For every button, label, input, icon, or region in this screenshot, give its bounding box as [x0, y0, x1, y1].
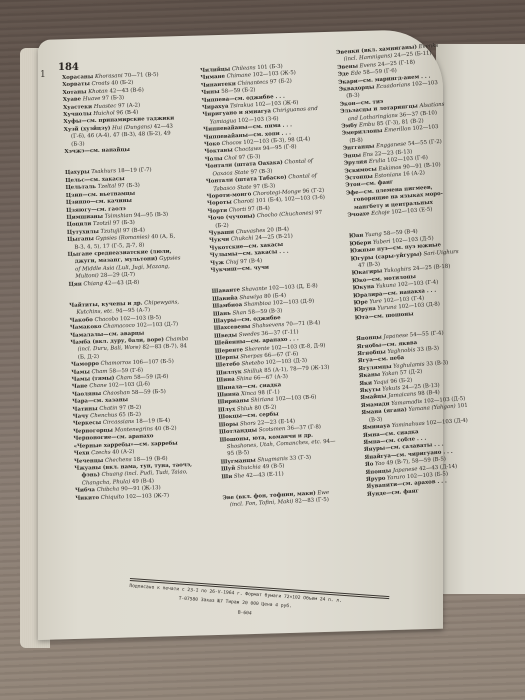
entry-latin-term: Chenchus — [90, 412, 117, 419]
entry-map-reference: 102—103 (Ж-7) — [126, 492, 169, 499]
entry-term: Чины — [201, 89, 220, 96]
entry-map-reference: 24—25 (Б-11) — [394, 51, 432, 60]
entry-map-reference: 94—95 (В-3) — [134, 212, 168, 219]
entry-latin-term: Yaqui — [373, 379, 388, 386]
entry-term: Чаоляны — [72, 391, 101, 398]
entry-map-reference: 82—83 (Г-5) — [295, 497, 329, 505]
entry-map-reference: 97 (В-4) — [248, 205, 270, 212]
entry-latin-term: Shina — [236, 376, 252, 383]
entry-term: Хучнолы — [63, 111, 92, 118]
entry-latin-term: Huichol — [93, 110, 115, 117]
entry-map-reference: 94—95 (Г-8) — [263, 145, 297, 153]
entry-latin-term: Shluh — [237, 406, 253, 413]
index-column-1: Хорасаны Khorasani 70—71 (В-5)Хорваты Cr… — [62, 71, 193, 502]
entry-latin-term: Tsirakua — [230, 102, 254, 109]
entry-map-reference: 90—91 (В-10) — [403, 161, 441, 170]
entry-latin-term: Ecuadorians — [376, 82, 410, 90]
entry-term: Хорасаны — [62, 74, 93, 81]
entry-map-reference: 70—71 (В-5) — [124, 72, 158, 79]
entry-latin-term: Yao — [375, 461, 385, 468]
entry-term: Чане — [72, 384, 88, 390]
entry-map-reference: 18—19 (В-6) — [133, 455, 167, 462]
entry-map-reference: 58—59 (В-3) — [248, 308, 283, 316]
entry-latin-term: Chacobo — [94, 316, 118, 323]
entry-latin-term: Khorasani — [95, 73, 123, 80]
entry-term: Цутухилы — [67, 229, 99, 236]
entry-latin-term: Tsimshian — [105, 213, 133, 220]
entry-latin-term: Yure — [369, 298, 382, 305]
entry-latin-term: Tzotzil — [93, 221, 111, 228]
entry-latin-term: Japanese — [393, 466, 418, 474]
entry-latin-term: Shavante — [242, 286, 268, 293]
entry-latin-term: Embu — [359, 122, 375, 129]
entry-latin-term: Eskimos — [378, 164, 401, 172]
entry-map-reference: 97 (Б-3) — [253, 183, 275, 190]
entry-latin-term: Emerillon — [384, 126, 411, 134]
entry-term: Чамы — [71, 369, 90, 376]
entry-map-reference: 106—107 (Б-5) — [133, 359, 174, 366]
entry-map-reference: 97 (Б-2) — [270, 78, 292, 85]
entry-term: Чукчи — [209, 237, 230, 244]
entry-latin-term: Chinantecs — [237, 79, 268, 87]
entry-term: Цоцили — [67, 221, 92, 228]
entry-term: Хотаны — [62, 89, 86, 96]
entry-latin-term: Cham — [116, 375, 132, 381]
entry-latin-term: Ens — [363, 151, 374, 158]
entry-term: Шеренте — [215, 347, 243, 354]
entry-latin-term: Chiquito — [101, 494, 125, 501]
entry-map-reference: 97 (В-2) — [119, 404, 141, 411]
entry-map-reference: 102—103 (Д-6) — [108, 382, 150, 389]
entry-latin-term: Chamacoco — [103, 323, 135, 330]
entry-map-reference: 42—43 (Д-14) — [419, 463, 457, 472]
entry-latin-term: Estonians — [374, 172, 401, 180]
entry-term: Чочо (чучоны) — [208, 213, 256, 221]
entry-map-reference: 97 (В-3) — [250, 168, 272, 175]
entry-map-reference: 94—95 (А-7) — [116, 308, 151, 315]
entry-map-reference: 36—37 (В-10) — [399, 110, 437, 119]
entry-map-reference: 97 (Б-3) — [118, 183, 140, 190]
entry-term: Эрулия — [344, 159, 368, 167]
entry-latin-term: Shetebo — [241, 361, 264, 368]
entry-term: Юбери — [349, 240, 371, 248]
index-column-2: Чилийцы Chileans 101 (Б-3)Чимане Chimane… — [200, 62, 345, 511]
entry-term: Чаморро — [71, 361, 99, 368]
entry-term: Черногорцы — [73, 427, 113, 434]
entry-map-reference: 40 (А-2) — [112, 449, 134, 456]
entry-latin-term: Chane — [89, 383, 107, 390]
entry-latin-term: Tzeltal — [98, 184, 117, 191]
entry-term: Хуэй (хуэйцзу) — [64, 125, 111, 132]
entry-term: Эмбу — [341, 123, 357, 130]
entry-latin-term: Yukuna — [376, 283, 396, 290]
entry-map-reference: 49 (В-5) — [262, 463, 284, 470]
entry-map-reference: 58—59 (Б-2) — [221, 87, 256, 95]
entry-map-reference: 102—103 (Д, Е-8) — [269, 284, 318, 293]
entry-latin-term: Yaruro — [387, 474, 406, 481]
entry-term: Энцы — [343, 152, 361, 159]
entry-term: Яки — [359, 380, 372, 387]
entry-term: Эде — [338, 71, 350, 78]
entry-latin-term: Circassians — [103, 419, 135, 426]
entry-map-reference: 102—103 (Д-4) — [426, 418, 468, 427]
entry-term: Чороты — [207, 200, 232, 207]
entry-term: Яо — [365, 462, 374, 469]
entry-map-reference: 96 (Г-2) — [302, 188, 324, 195]
entry-map-reference: 24—25 (В-18) — [413, 264, 451, 273]
entry-term: Юре — [354, 299, 369, 306]
entry-term: Чолы — [205, 156, 223, 163]
entry-latin-term: Scotsmen — [259, 426, 286, 433]
previous-page-number: 1 — [40, 70, 46, 80]
entry-map-reference: 90—91 (Ж-13) — [121, 485, 161, 492]
entry-term: Чоктавы — [204, 148, 233, 155]
entry-latin-term: Shambioa — [244, 301, 271, 308]
entry-term: Шина — [216, 377, 235, 384]
entry-map-reference: 97 (Б-3) — [238, 154, 260, 161]
entry-term: Шавийа — [212, 295, 238, 302]
entry-term: Шиллук — [216, 369, 242, 376]
entry-latin-term: Khotan — [88, 88, 108, 95]
entry-map-reference: 40 (В-2) — [154, 425, 176, 432]
entry-term: Юкуна — [352, 284, 374, 292]
entry-term: Чибча — [75, 487, 95, 494]
entry-term: Чехи — [74, 450, 90, 456]
entry-term: Чеченцы — [74, 457, 103, 464]
entry-term: Шетебо — [215, 362, 240, 369]
entry-latin-term: Evens — [360, 62, 377, 69]
entry-term: Шведы — [214, 332, 237, 339]
entry-map-reference: 65 (Б-2) — [119, 412, 141, 419]
entry-map-reference: 33 (Г-3) — [289, 454, 311, 461]
entry-term: Цян — [68, 281, 81, 287]
entry-map-reference: 24—25 (Г-18) — [378, 59, 416, 68]
entry-map-reference: 42—43 (Е-11) — [246, 471, 284, 479]
entry-latin-term: Chamorros — [101, 360, 132, 367]
page-number: 184 — [58, 62, 79, 73]
entry-map-reference: 102—103 (В-6) — [275, 395, 316, 403]
entry-map-reference: 97 (Б-3) — [113, 220, 135, 227]
entry-term: Чорти — [207, 207, 227, 214]
entry-map-reference: 54—55 (Г-2) — [408, 139, 442, 147]
entry-term: Цахуры — [65, 170, 90, 177]
entry-term: Цыгане среднеазиатские (люли, джуги, маз… — [68, 249, 172, 265]
entry-term: Чуж — [210, 260, 224, 267]
entry-term: Шуй — [221, 466, 236, 473]
entry-latin-term: Yaghnobis — [387, 347, 415, 355]
entry-map-reference: 28—29 (Д-7) — [100, 272, 135, 279]
entry-latin-term: Choctaws — [234, 146, 261, 153]
entry-latin-term: Chiang — [83, 280, 103, 287]
entry-map-reference: 58—59 (Б-5) — [132, 389, 166, 396]
entry-map-reference: 66—67 (А-3) — [253, 374, 288, 382]
entry-term: Эвены — [337, 63, 358, 70]
entry-latin-term: Ede — [351, 71, 362, 78]
entry-latin-term: She — [234, 473, 245, 480]
entry-latin-term: Chorti — [229, 207, 247, 214]
entry-map-reference: 102—103 (Д-9) — [273, 299, 315, 307]
entry-map-reference: 58—59 (Г-6) — [109, 367, 143, 374]
entry-latin-term: Shugmanis — [257, 456, 288, 464]
entry-latin-term: Chol — [224, 155, 237, 162]
entry-latin-term: Huave — [83, 96, 101, 103]
entry-map-reference: 33 (В-3) — [426, 360, 448, 368]
entry-term: Чара—см. хазаны — [72, 397, 128, 405]
entry-latin-term: Sherente — [245, 345, 270, 352]
entry-map-reference: 33 (В-3) — [417, 346, 439, 354]
entry-term: Ширианы — [217, 398, 249, 406]
index-entry: Цыгане среднеазиатские (люли, джуги, маз… — [68, 248, 187, 281]
entry-latin-term: Chimane — [227, 73, 252, 80]
entry-term: Ямана (ягана) — [361, 407, 407, 416]
entry-latin-term: Hui (Dungans) — [112, 124, 152, 131]
entry-map-reference: 42—43 (В-6) — [109, 87, 143, 94]
entry-term: Цельталь — [65, 184, 96, 191]
entry-map-reference: 80 (Б-4) — [264, 293, 286, 300]
entry-map-reference: 58—59 (Д-6) — [134, 374, 169, 381]
entry-term: Хуаве — [63, 97, 81, 104]
entry-term: Яканы — [359, 372, 381, 379]
entry-latin-term: Shiriana — [251, 397, 274, 404]
entry-map-reference: 97 (В-4) — [240, 258, 262, 265]
entry-term: Шлух — [218, 407, 236, 414]
entry-term: Чимане — [200, 74, 225, 81]
entry-latin-term: Yakan — [382, 371, 399, 378]
entry-latin-term: Sari-Uighurs — [423, 249, 458, 257]
entry-map-reference: 18—19 (Г-7) — [118, 168, 152, 175]
entry-map-reference: 20 (В-4) — [267, 227, 289, 234]
entry-term: Японцы — [365, 468, 391, 476]
entry-map-reference: 102—103 (В-5) — [120, 315, 161, 322]
entry-latin-term: Shuichia — [237, 464, 261, 471]
entry-latin-term: Xinca — [241, 391, 257, 398]
entry-latin-term: Cham — [91, 368, 107, 374]
entry-term: Черкесы — [73, 420, 101, 427]
entry-latin-term: Shahsevens — [252, 322, 285, 330]
entry-term: Юруна — [354, 306, 376, 313]
entry-latin-term: Chechens — [105, 457, 132, 464]
entry-map-reference: 49 (В-4) — [132, 478, 154, 485]
entry-term: Чамакоко — [70, 324, 102, 331]
entry-term: Чикито — [75, 495, 99, 502]
entry-term: Чирахуа — [202, 104, 229, 111]
entry-term: Эчоахе — [347, 211, 369, 219]
entry-latin-term: Tzutujil — [100, 228, 121, 235]
entry-latin-term: Chaoshan — [103, 390, 130, 397]
entry-map-reference: 97 (А-2) — [118, 102, 140, 109]
entry-latin-term: Tsakhurs — [91, 169, 116, 176]
entry-term: Хэчжэ—см. нанайцы — [64, 147, 130, 155]
entry-term: Шаванте — [212, 288, 241, 295]
entry-map-reference: 96 (В-4) — [116, 110, 138, 117]
entry-term: Яруро — [366, 476, 386, 483]
entry-term: Японцы — [356, 335, 382, 343]
entry-term: Цимшианы — [66, 214, 103, 221]
entry-latin-term: Japanese — [383, 333, 408, 341]
entry-latin-term: Chukchi — [231, 236, 254, 243]
entry-map-reference: 36—37 (Г-8) — [287, 424, 321, 432]
entry-latin-term: Chuj — [226, 259, 239, 266]
entry-term: Хорваты — [62, 82, 90, 89]
entry-latin-term: Gypsies (Romanies) — [96, 234, 150, 242]
entry-latin-term: Shawiya — [239, 294, 262, 301]
entry-map-reference: 24—25 (В-21) — [255, 234, 293, 242]
entry-latin-term: Yuberi — [373, 238, 391, 245]
entry-latin-term: Choroti — [233, 199, 254, 206]
entry-map-reference: 54—55 (Г-4) — [410, 330, 444, 338]
entry-latin-term: Sherpas — [240, 353, 263, 360]
entry-latin-term: Croats — [91, 81, 109, 88]
entry-term: Цыганы — [67, 236, 94, 243]
entry-term: Хуастеки — [63, 104, 92, 111]
entry-map-reference: 102—103 (Д-7) — [137, 322, 179, 329]
entry-term: Шамбиоа — [212, 302, 242, 310]
entry-latin-term: Huastec — [94, 103, 117, 110]
entry-latin-term: Montenegrins — [115, 426, 153, 433]
entry-term: Чакобо — [70, 317, 93, 324]
entry-term: Юан — [349, 233, 364, 240]
entry-term: Чоко — [204, 141, 220, 148]
entry-latin-term: Yaminahuas — [392, 421, 425, 429]
entry-map-reference: 42—43 (Д-8) — [105, 279, 140, 286]
entry-map-reference: 97 (В-4) — [123, 227, 145, 234]
entry-term: Шань — [213, 310, 231, 317]
entry-latin-term: Erulia — [369, 158, 386, 165]
entry-latin-term: Czechs — [91, 450, 111, 457]
entry-latin-term: Shan — [232, 310, 246, 317]
entry-latin-term: Yuruna — [377, 305, 397, 312]
entry-map-reference: 98 (Г-1) — [258, 389, 280, 396]
entry-term: Чачу — [73, 413, 89, 419]
entry-map-reference: 98 (В-4) — [418, 390, 440, 398]
entry-latin-term: Shilluk — [243, 368, 262, 375]
entry-map-reference: 70—71 (В-4) — [286, 320, 321, 328]
entry-map-reference: 96 (Б-2) — [390, 377, 412, 385]
entry-latin-term: Yuang — [365, 232, 382, 239]
entry-map-reference: 18—19 (Б-4) — [136, 418, 170, 425]
entry-map-reference: 57 (Д-2) — [400, 369, 423, 377]
entry-map-reference: 97 (Б-3) — [102, 95, 124, 102]
entry-latin-term: Echoje — [371, 210, 390, 217]
entry-latin-term: Swedes — [239, 331, 260, 338]
entry-map-reference: 80 (Б-2) — [254, 404, 276, 411]
entry-map-reference: 102—103 (Д-8) — [398, 302, 440, 311]
entry-latin-term: Chocos — [222, 140, 242, 147]
entry-latin-term: Chatin — [99, 405, 117, 412]
entry-term: Ши — [221, 473, 232, 480]
entry-latin-term: Chibcha — [97, 487, 120, 494]
entry-latin-term: Shors — [240, 420, 256, 427]
entry-map-reference: 40 (Б-2) — [111, 80, 133, 87]
entry-map-reference: 16 (А-2) — [403, 170, 425, 178]
entry-term: Шоры — [219, 421, 239, 428]
entry-term: Чатины — [72, 406, 97, 413]
